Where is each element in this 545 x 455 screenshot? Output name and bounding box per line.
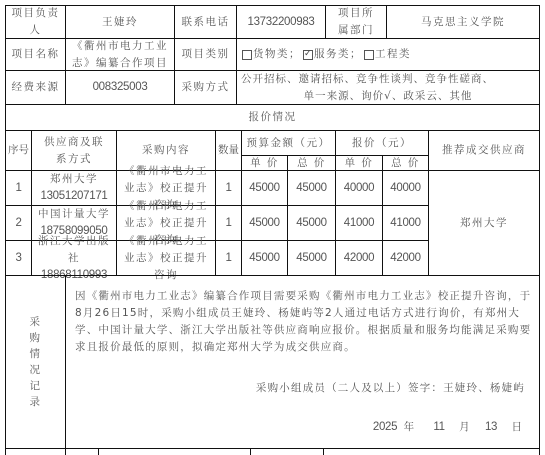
header-seq: 序号 [5, 130, 32, 171]
row-2-quote-total: 41000 [382, 205, 429, 241]
method-line-1: 公开招标、邀请招标、竞争性谈判、竞争性磋商、 [239, 71, 494, 88]
row-1-supplier-phone: 13051207171 [40, 188, 107, 205]
date-day: 13 [485, 421, 497, 433]
procurement-method-options: 公开招标、邀请招标、竞争性谈判、竞争性磋商、 单一来源、询价√、政采云、其他 [236, 70, 540, 105]
row-3-quote-unit: 42000 [335, 240, 383, 276]
row-3-seq: 3 [5, 240, 32, 276]
row-2-supplier-name: 中国计量大学 [38, 206, 110, 223]
row-2-seq: 2 [5, 205, 32, 241]
project-category-options: 货物类； 服务类； 工程类 [236, 38, 540, 71]
date-day-unit: 日 [512, 421, 524, 433]
header-quote-unit: 单 价 [335, 155, 383, 171]
header-recommended: 推荐成交供应商 [428, 130, 540, 171]
row-1-qty: 1 [215, 170, 242, 206]
funding-label: 经费来源 [5, 70, 66, 105]
bottom-row-cell-1 [5, 448, 66, 455]
date-month-unit: 月 [459, 421, 471, 433]
bottom-row-cell-3 [98, 448, 251, 455]
header-budget: 预算金额（元） [241, 130, 336, 156]
procurement-method-label: 采购方式 [174, 70, 237, 105]
project-name-value: 《衢州市电力工业志》编纂合作项目 [65, 38, 175, 71]
row-1-supplier-name: 郑州大学 [50, 171, 98, 188]
date-month: 11 [433, 421, 444, 433]
row-2-qty: 1 [215, 205, 242, 241]
project-name-label: 项目名称 [5, 38, 66, 71]
header-quote-total: 总 价 [382, 155, 429, 171]
header-supplier: 供应商及联系方式 [31, 130, 117, 171]
category-engineering-label: 工程类 [375, 46, 411, 63]
recommended-supplier: 郑州大学 [428, 170, 540, 276]
department-label: 项目所属部门 [325, 5, 387, 39]
row-1-quote-unit: 40000 [335, 170, 383, 206]
project-leader-label: 项目负责人 [5, 5, 66, 39]
row-1-budget-total: 45000 [287, 170, 336, 206]
row-1-budget-unit: 45000 [241, 170, 288, 206]
project-category-label: 项目类别 [174, 38, 237, 71]
row-1-seq: 1 [5, 170, 32, 206]
row-3-quote-total: 42000 [382, 240, 429, 276]
category-goods-label: 货物类； [253, 46, 301, 63]
date-year: 2025 [373, 421, 397, 433]
checkbox-engineering[interactable] [364, 50, 374, 60]
row-3-budget-unit: 45000 [241, 240, 288, 276]
method-line-2: 单一来源、询价√、政采云、其他 [304, 88, 473, 105]
record-body-text: 因《衢州市电力工业志》编纂合作项目需要采购《衢州市电力工业志》校正提升咨询，于8… [75, 288, 533, 356]
date-year-unit: 年 [404, 421, 416, 433]
header-budget-total: 总 价 [287, 155, 336, 171]
header-budget-unit: 单 价 [241, 155, 288, 171]
department-value: 马克思主义学院 [386, 5, 540, 39]
record-label: 采购情况记录 [5, 275, 66, 449]
record-date: 2025 年 11 月 13 日 [373, 419, 523, 434]
row-3-qty: 1 [215, 240, 242, 276]
phone-label: 联系电话 [174, 5, 237, 39]
row-1-supplier: 郑州大学 13051207171 [31, 170, 117, 206]
row-3-supplier-name: 浙江大学出版社 [34, 233, 114, 267]
header-quote: 报价（元） [335, 130, 429, 156]
row-2-budget-total: 45000 [287, 205, 336, 241]
row-1-quote-total: 40000 [382, 170, 429, 206]
phone-value: 13732200983 [236, 5, 326, 39]
row-3-budget-total: 45000 [287, 240, 336, 276]
quote-section-title: 报价情况 [5, 104, 540, 131]
row-2-budget-unit: 45000 [241, 205, 288, 241]
header-qty: 数量 [215, 130, 242, 171]
funding-value: 008325003 [65, 70, 175, 105]
checkbox-goods[interactable] [242, 50, 252, 60]
project-leader-value: 王婕玲 [65, 5, 175, 39]
row-3-supplier: 浙江大学出版社 18868110993 [31, 240, 117, 276]
record-signature: 采购小组成员（二人及以上）签字：王婕玲、杨婕屿 [256, 380, 525, 395]
bottom-row-cell-4 [250, 448, 324, 455]
bottom-row-cell-2 [65, 448, 99, 455]
category-services-label: 服务类； [314, 46, 362, 63]
row-2-quote-unit: 41000 [335, 205, 383, 241]
checkbox-services[interactable] [303, 50, 313, 60]
bottom-row-cell-5 [323, 448, 540, 455]
row-3-content: 《衢州市电力工业志》校正提升咨询 [116, 240, 216, 276]
